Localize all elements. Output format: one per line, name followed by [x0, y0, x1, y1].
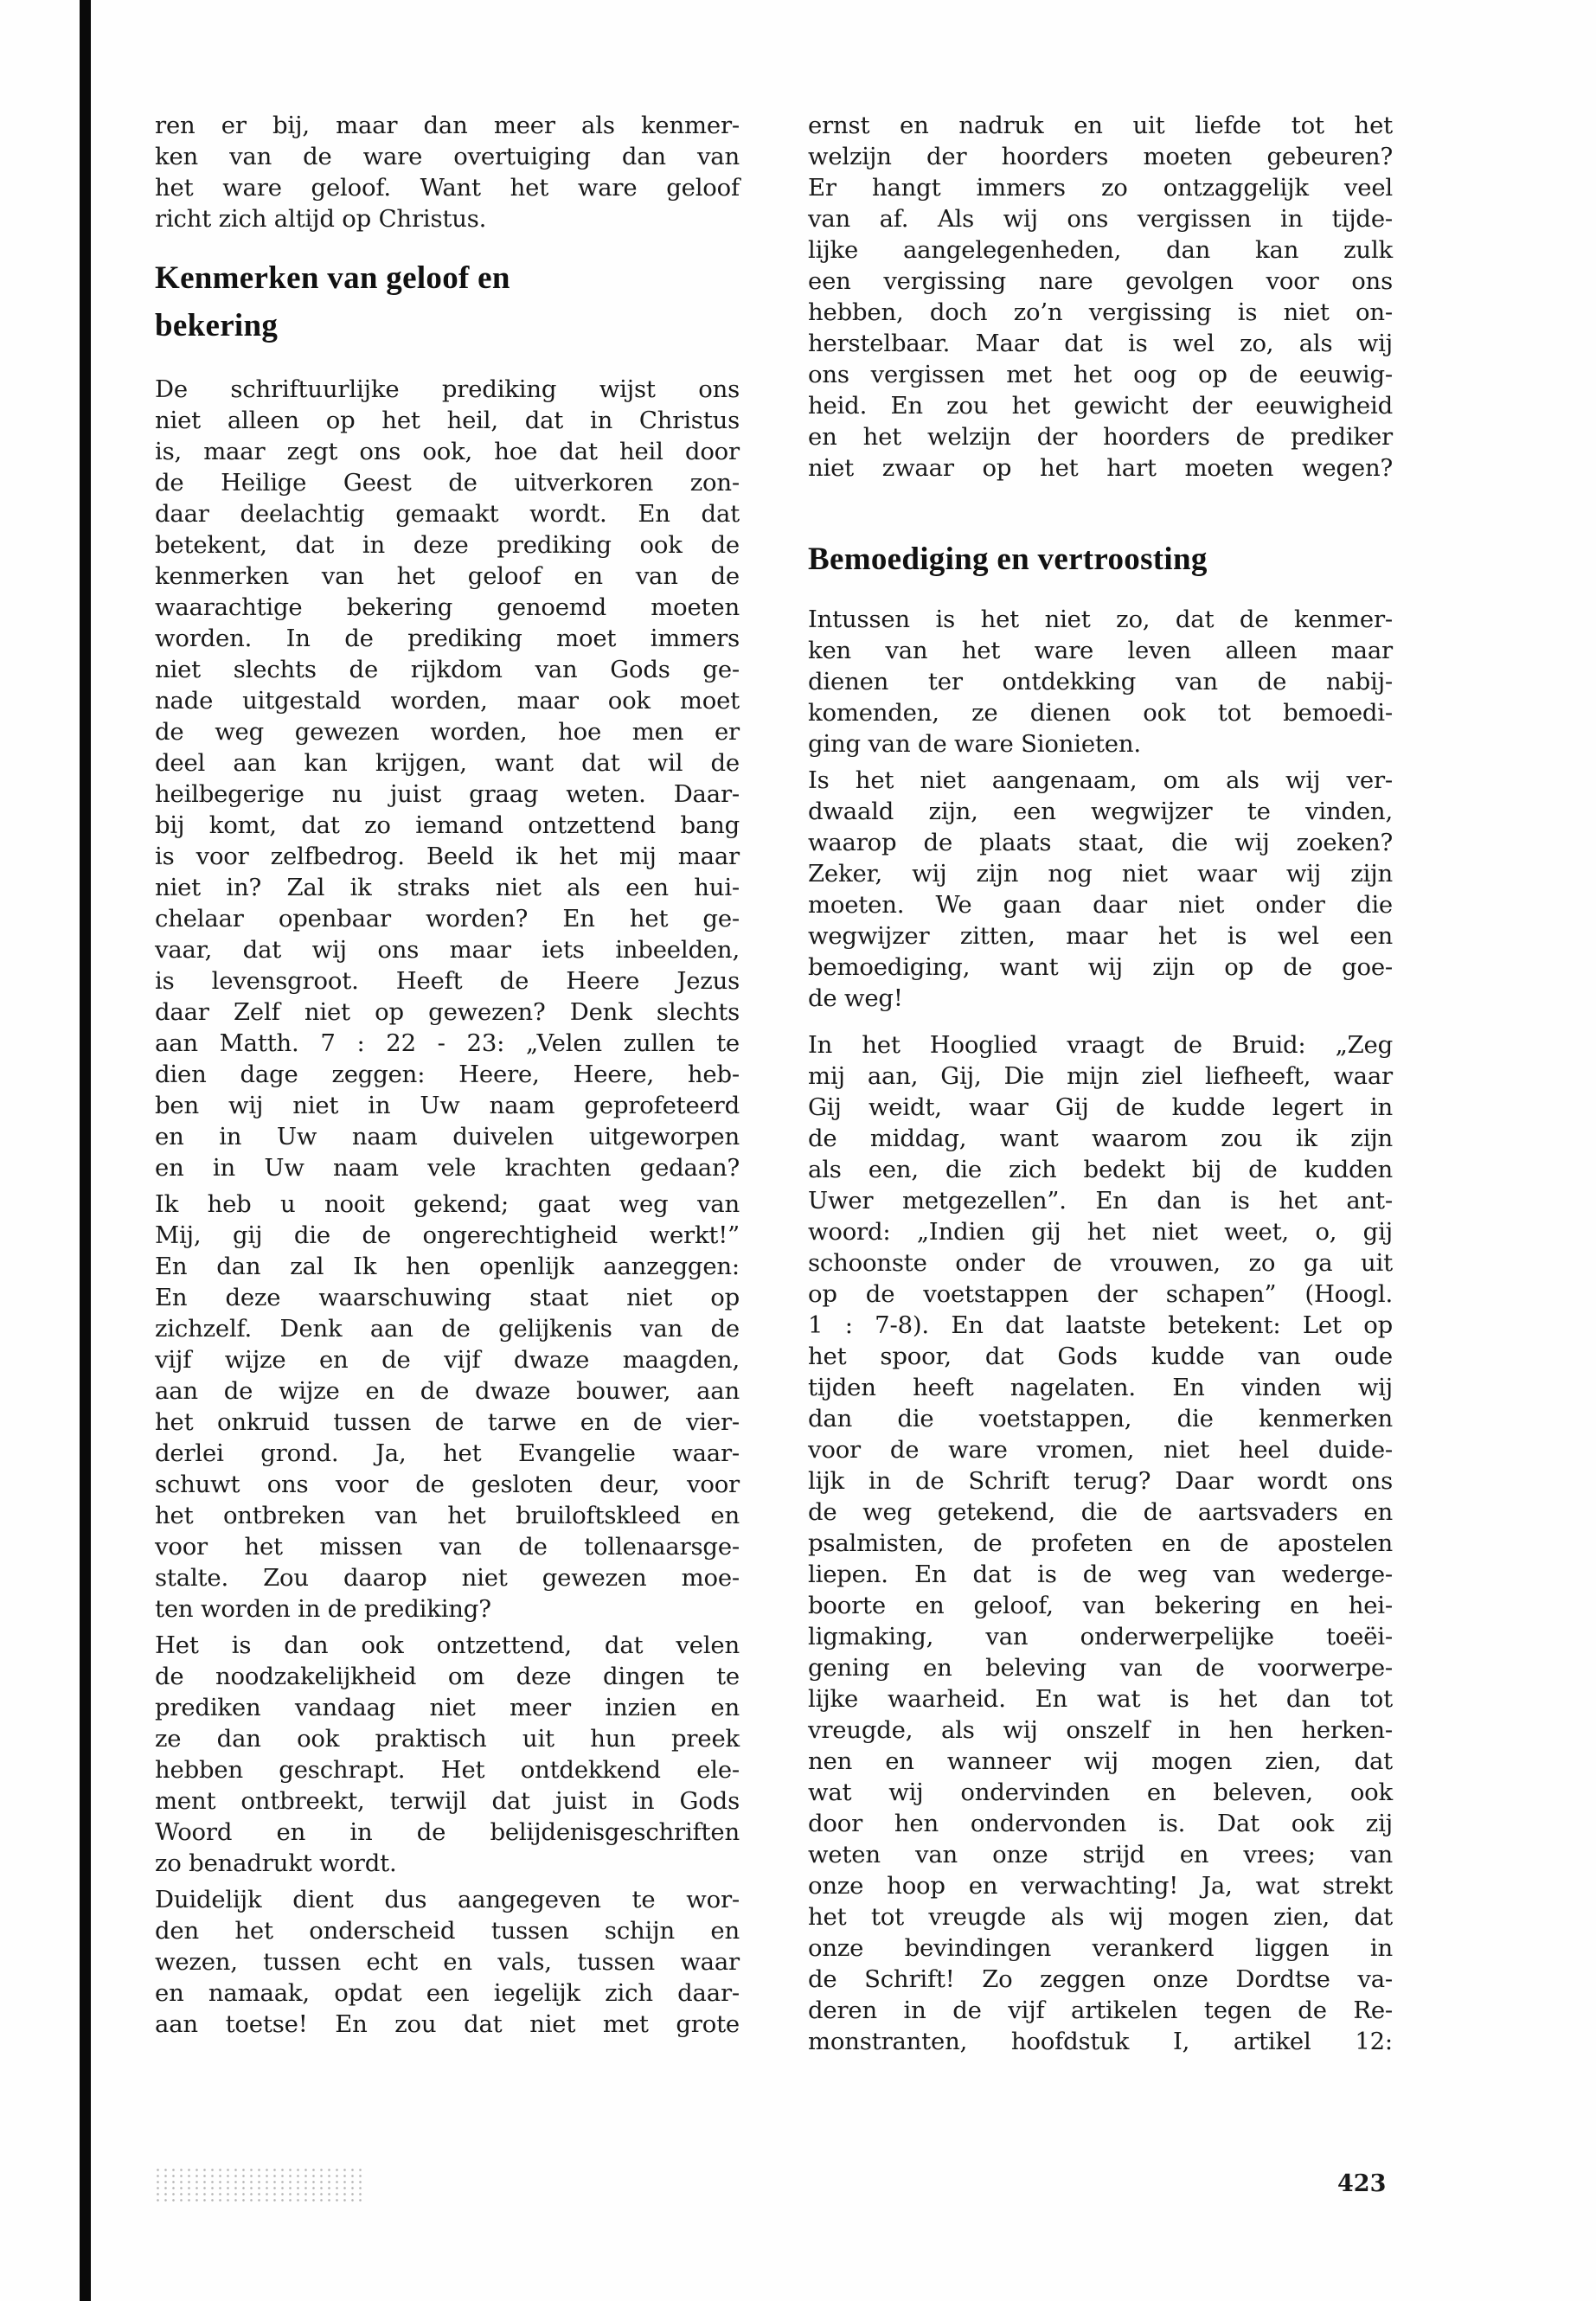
text-line: waarachtige bekering genoemd moeten	[155, 592, 740, 623]
text-line: het ontbreken van het bruiloftskleed en	[155, 1500, 740, 1531]
text-line: nen en wanneer wij mogen zien, dat	[808, 1746, 1393, 1777]
text-line: worden. In de prediking moet immers	[155, 623, 740, 654]
text-line: schuwt ons voor de gesloten deur, voor	[155, 1469, 740, 1500]
text-line: ging van de ware Sionieten.	[808, 728, 1393, 760]
scan-artifact-smudge	[154, 2167, 362, 2203]
text-line: Is het niet aangenaam, om als wij ver-	[808, 765, 1393, 796]
text-line: vijf wijze en de vijf dwaze maagden,	[155, 1344, 740, 1375]
text-line: ze dan ook praktisch uit hun preek	[155, 1723, 740, 1754]
text-line: voor het missen van de tollenaarsge-	[155, 1531, 740, 1562]
text-line: de weg gewezen worden, hoe men er	[155, 716, 740, 747]
text-line: niet alleen op het heil, dat in Christus	[155, 405, 740, 436]
text-line: woord: „Indien gij het niet weet, o, gij	[808, 1216, 1393, 1247]
text-line: stalte. Zou daarop niet gewezen moe-	[155, 1562, 740, 1593]
text-line: de weg getekend, die de aartsvaders en	[808, 1497, 1393, 1528]
page-number: 423	[1337, 2170, 1386, 2197]
text-line: en namaak, opdat een iegelijk zich daar-	[155, 1977, 740, 2009]
text-line: door hen ondervonden is. Dat ook zij	[808, 1808, 1393, 1839]
text-line: vaar, dat wij ons maar iets inbeelden,	[155, 934, 740, 965]
text-line: hebben, doch zo’n vergissing is niet on-	[808, 297, 1393, 328]
text-line: ten worden in de prediking?	[155, 1593, 740, 1625]
section-heading-kenmerken-line1: Kenmerken van geloof en	[155, 260, 510, 298]
text-line: mij aan, Gij, Die mijn ziel liefheeft, w…	[808, 1061, 1393, 1092]
text-line: lijke waarheid. En wat is het dan tot	[808, 1683, 1393, 1715]
text-line: dwaald zijn, een wegwijzer te vinden,	[808, 796, 1393, 827]
text-line: bij komt, dat zo iemand ontzettend bang	[155, 810, 740, 841]
text-line: lijk in de Schrift terug? Daar wordt ons	[808, 1465, 1393, 1497]
text-line: ons vergissen met het oog op de eeuwig-	[808, 359, 1393, 390]
text-line: aan toetse! En zou dat niet met grote	[155, 2009, 740, 2040]
text-line: De schriftuurlijke prediking wijst ons	[155, 374, 740, 405]
text-line: Uwer metgezellen”. En dan is het ant-	[808, 1185, 1393, 1216]
text-line: daar Zelf niet op gewezen? Denk slechts	[155, 997, 740, 1028]
text-line: de noodzakelijkheid om deze dingen te	[155, 1661, 740, 1692]
section-heading-kenmerken-line2: bekering	[155, 307, 278, 345]
text-line: Er hangt immers zo ontzaggelijk veel	[808, 172, 1393, 203]
text-line: het onkruid tussen de tarwe en de vier-	[155, 1407, 740, 1438]
text-line: kenmerken van het geloof en van de	[155, 561, 740, 592]
text-line: boorte en geloof, van bekering en hei-	[808, 1590, 1393, 1621]
text-line: ken van de ware overtuiging dan van	[155, 141, 740, 172]
text-line: als een, die zich bedekt bij de kudden	[808, 1154, 1393, 1185]
text-line: dien dage zeggen: Heere, Heere, heb-	[155, 1059, 740, 1090]
text-line: onze hoop en verwachting! Ja, wat strekt	[808, 1870, 1393, 1901]
text-line: hebben geschrapt. Het ontdekkend ele-	[155, 1754, 740, 1785]
section-heading-bemoediging: Bemoediging en vertroosting	[808, 541, 1208, 579]
text-line: prediken vandaag niet meer inzien en	[155, 1692, 740, 1723]
text-line: aan Matth. 7 : 22 - 23: „Velen zullen te	[155, 1028, 740, 1059]
text-line: Intussen is het niet zo, dat de kenmer-	[808, 604, 1393, 635]
text-line: ken van het ware leven alleen maar	[808, 635, 1393, 666]
text-line: is voor zelfbedrog. Beeld ik het mij maa…	[155, 841, 740, 872]
text-line: betekent, dat in deze prediking ook de	[155, 529, 740, 561]
text-line: komenden, ze dienen ook tot bemoedi-	[808, 697, 1393, 728]
text-line: schoonste onder de vrouwen, zo ga uit	[808, 1247, 1393, 1279]
text-line: heid. En zou het gewicht der eeuwigheid	[808, 390, 1393, 421]
text-line: deel aan kan krijgen, want dat wil de	[155, 747, 740, 779]
text-line: En dan zal Ik hen openlijk aanzeggen:	[155, 1251, 740, 1282]
text-line: Ik heb u nooit gekend; gaat weg van	[155, 1189, 740, 1220]
text-line: tijden heeft nagelaten. En vinden wij	[808, 1372, 1393, 1403]
text-line: daar deelachtig gemaakt wordt. En dat	[155, 498, 740, 529]
text-line: gening en beleving van de voorwerpe-	[808, 1652, 1393, 1683]
text-line: en het welzijn der hoorders de prediker	[808, 421, 1393, 452]
text-line: dan die voetstappen, die kenmerken	[808, 1403, 1393, 1434]
text-line: liepen. En dat is de weg van wederge-	[808, 1559, 1393, 1590]
text-line: bemoediging, want wij zijn op de goe-	[808, 952, 1393, 983]
text-line: van af. Als wij ons vergissen in tijde-	[808, 203, 1393, 234]
text-line: ren er bij, maar dan meer als kenmer-	[155, 110, 740, 141]
text-line: heilbegerige nu juist graag weten. Daar-	[155, 779, 740, 810]
text-line: ernst en nadruk en uit liefde tot het	[808, 110, 1393, 141]
text-line: 1 : 7-8). En dat laatste betekent: Let o…	[808, 1310, 1393, 1341]
text-line: ment ontbreekt, terwijl dat juist in God…	[155, 1785, 740, 1817]
text-line: lijke aangelegenheden, dan kan zulk	[808, 234, 1393, 266]
text-line: wezen, tussen echt en vals, tussen waar	[155, 1946, 740, 1977]
text-line: een vergissing nare gevolgen voor ons	[808, 266, 1393, 297]
text-line: weten van onze strijd en vrees; van	[808, 1839, 1393, 1870]
text-line: de Schrift! Zo zeggen onze Dordtse va-	[808, 1964, 1393, 1995]
text-line: monstranten, hoofdstuk I, artikel 12:	[808, 2026, 1393, 2057]
text-line: niet zwaar op het hart moeten wegen?	[808, 452, 1393, 484]
text-line: derlei grond. Ja, het Evangelie waar-	[155, 1438, 740, 1469]
text-line: Duidelijk dient dus aangegeven te wor-	[155, 1884, 740, 1915]
text-line: richt zich altijd op Christus.	[155, 203, 740, 234]
text-line: niet slechts de rijkdom van Gods ge-	[155, 654, 740, 685]
text-line: de Heilige Geest de uitverkoren zon-	[155, 467, 740, 498]
text-line: Zeker, wij zijn nog niet waar wij zijn	[808, 858, 1393, 889]
text-line: de weg!	[808, 983, 1393, 1014]
text-line: ligmaking, van onderwerpelijke toeëi-	[808, 1621, 1393, 1652]
text-line: waarop de plaats staat, die wij zoeken?	[808, 827, 1393, 858]
text-line: onze bevindingen verankerd liggen in	[808, 1932, 1393, 1964]
text-line: chelaar openbaar worden? En het ge-	[155, 903, 740, 934]
text-line: herstelbaar. Maar dat is wel zo, als wij	[808, 328, 1393, 359]
text-line: dienen ter ontdekking van de nabij-	[808, 666, 1393, 697]
scanned-book-page: ren er bij, maar dan meer als kenmer-ken…	[0, 0, 1596, 2301]
text-line: het spoor, dat Gods kudde van oude	[808, 1341, 1393, 1372]
text-line: zichzelf. Denk aan de gelijkenis van de	[155, 1313, 740, 1344]
text-line: moeten. We gaan daar niet onder die	[808, 889, 1393, 920]
text-line: zo benadrukt wordt.	[155, 1848, 740, 1879]
text-line: wat wij ondervinden en beleven, ook	[808, 1777, 1393, 1808]
text-line: aan de wijze en de dwaze bouwer, aan	[155, 1375, 740, 1407]
text-line: de middag, want waarom zou ik zijn	[808, 1123, 1393, 1154]
text-line: het ware geloof. Want het ware geloof	[155, 172, 740, 203]
text-line: niet in? Zal ik straks niet als een hui-	[155, 872, 740, 903]
binding-shadow-bar	[80, 0, 91, 2301]
text-line: voor de ware vromen, niet heel duide-	[808, 1434, 1393, 1465]
text-line: Het is dan ook ontzettend, dat velen	[155, 1630, 740, 1661]
text-line: welzijn der hoorders moeten gebeuren?	[808, 141, 1393, 172]
text-line: Gij weidt, waar Gij de kudde legert in	[808, 1092, 1393, 1123]
text-line: psalmisten, de profeten en de apostelen	[808, 1528, 1393, 1559]
text-line: nade uitgestald worden, maar ook moet	[155, 685, 740, 716]
text-line: In het Hooglied vraagt de Bruid: „Zeg	[808, 1029, 1393, 1061]
text-line: deren in de vijf artikelen tegen de Re-	[808, 1995, 1393, 2026]
text-line: Mij, gij die de ongerechtigheid werkt!”	[155, 1220, 740, 1251]
text-line: en in Uw naam duivelen uitgeworpen	[155, 1121, 740, 1152]
text-line: ben wij niet in Uw naam geprofeteerd	[155, 1090, 740, 1121]
text-line: en in Uw naam vele krachten gedaan?	[155, 1152, 740, 1183]
text-line: En deze waarschuwing staat niet op	[155, 1282, 740, 1313]
text-line: het tot vreugde als wij mogen zien, dat	[808, 1901, 1393, 1932]
text-line: vreugde, als wij onszelf in hen herken-	[808, 1715, 1393, 1746]
text-line: is, maar zegt ons ook, hoe dat heil door	[155, 436, 740, 467]
text-line: Woord en in de belijdenisgeschriften	[155, 1817, 740, 1848]
text-line: op de voetstappen der schapen” (Hoogl.	[808, 1279, 1393, 1310]
text-line: is levensgroot. Heeft de Heere Jezus	[155, 965, 740, 997]
text-line: den het onderscheid tussen schijn en	[155, 1915, 740, 1946]
text-line: wegwijzer zitten, maar het is wel een	[808, 920, 1393, 952]
